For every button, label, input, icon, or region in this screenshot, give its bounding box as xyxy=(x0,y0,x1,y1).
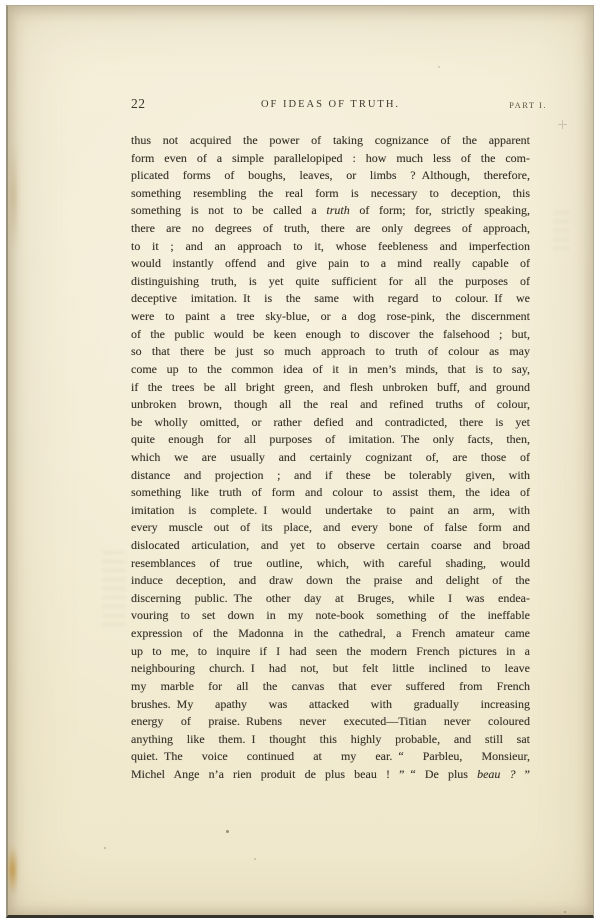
text-line: quiet. The voice continued at my ear. “ … xyxy=(131,748,530,766)
scanned-page: 22 OF IDEAS OF TRUTH. PART I. thus not a… xyxy=(6,5,594,918)
text-segment: quite enough for all purposes of imitati… xyxy=(131,432,530,446)
text-segment: dislocated articulation, and yet to obse… xyxy=(131,538,530,552)
text-segment: to it ; and an approach to it, whose fee… xyxy=(131,239,530,253)
text-segment: imitation is complete. I would undertake… xyxy=(131,503,530,517)
part-label: PART I. xyxy=(509,100,547,110)
text-line: my marble for all the canvas that ever s… xyxy=(131,678,530,696)
text-segment: something like truth of form and colour … xyxy=(131,485,530,499)
showthrough-smudge-left xyxy=(102,551,126,626)
italic-text: truth xyxy=(326,203,349,217)
text-segment: were to paint a tree sky-blue, or a dog … xyxy=(131,309,530,323)
text-segment: there are no degrees of truth, there are… xyxy=(131,221,530,235)
stain-speck xyxy=(104,847,106,849)
text-segment: discerning public. The other day at Brug… xyxy=(131,591,530,605)
text-line: every muscle out of its place, and every… xyxy=(131,519,530,537)
foxing-stain xyxy=(8,844,19,896)
text-line: to it ; and an approach to it, whose fee… xyxy=(131,238,530,256)
text-line: of the public would be keen enough to di… xyxy=(131,326,530,344)
text-segment: if the trees be all bright green, and fl… xyxy=(131,380,530,394)
text-line: there are no degrees of truth, there are… xyxy=(131,220,530,238)
stain-speck xyxy=(564,911,566,913)
text-segment: up to me, to inquire if I had seen the m… xyxy=(131,644,530,658)
text-segment: every muscle out of its place, and every… xyxy=(131,520,530,534)
text-segment: be wholly omitted, or rather defied and … xyxy=(131,415,530,429)
text-line: brushes. My apathy was attacked with gra… xyxy=(131,696,530,714)
text-line: if the trees be all bright green, and fl… xyxy=(131,379,530,397)
text-line: discerning public. The other day at Brug… xyxy=(131,590,530,608)
text-line: were to paint a tree sky-blue, or a dog … xyxy=(131,308,530,326)
text-line: resemblances of true outline, which, wit… xyxy=(131,555,530,573)
italic-text: beau ? xyxy=(477,767,515,781)
text-line: expression of the Madonna in the cathedr… xyxy=(131,625,530,643)
text-segment: form even of a simple parallelopiped : h… xyxy=(131,151,530,165)
text-line: anything like them. I thought this highl… xyxy=(131,731,530,749)
text-line: imitation is complete. I would undertake… xyxy=(131,502,530,520)
text-line: thus not acquired the power of taking co… xyxy=(131,132,530,150)
text-segment: which we are usually and certainly cogni… xyxy=(131,450,530,464)
text-line: induce deception, and draw down the prai… xyxy=(131,572,530,590)
text-line: distance and projection ; and if these b… xyxy=(131,467,530,485)
text-line: dislocated articulation, and yet to obse… xyxy=(131,537,530,555)
text-line: something is not to be called a truth of… xyxy=(131,202,530,220)
page-text: thus not acquired the power of taking co… xyxy=(131,132,530,784)
text-line: something like truth of form and colour … xyxy=(131,484,530,502)
text-segment: come up to the common idea of it in men’… xyxy=(131,362,530,376)
text-line: which we are usually and certainly cogni… xyxy=(131,449,530,467)
text-segment: anything like them. I thought this highl… xyxy=(131,732,530,746)
text-segment: of form; for, strictly speaking, xyxy=(350,203,530,217)
text-segment: brushes. My apathy was attacked with gra… xyxy=(131,697,530,711)
text-line: would instantly offend and give pain to … xyxy=(131,255,530,273)
text-line: energy of praise. Rubens never executed—… xyxy=(131,713,530,731)
text-segment: energy of praise. Rubens never executed—… xyxy=(131,714,530,728)
text-line: be wholly omitted, or rather defied and … xyxy=(131,414,530,432)
foxing-streak xyxy=(10,141,17,251)
pencil-mark xyxy=(558,120,567,129)
text-segment: would instantly offend and give pain to … xyxy=(131,256,530,270)
text-line: plicated forms of boughs, leaves, or lim… xyxy=(131,167,530,185)
text-line: deceptive imitation. It is the same with… xyxy=(131,290,530,308)
stain-speck xyxy=(226,830,229,833)
text-segment: distance and projection ; and if these b… xyxy=(131,468,530,482)
text-line: so that there be just so much approach t… xyxy=(131,343,530,361)
text-line: form even of a simple parallelopiped : h… xyxy=(131,150,530,168)
text-line: unbroken brown, though all the real and … xyxy=(131,396,530,414)
text-line: vouring to set down in my note-book some… xyxy=(131,607,530,625)
text-segment: distinguishing truth, is yet quite suffi… xyxy=(131,274,530,288)
text-segment: deceptive imitation. It is the same with… xyxy=(131,291,530,305)
text-segment: Michel Ange n’a rien produit de plus bea… xyxy=(131,767,477,781)
text-segment: thus not acquired the power of taking co… xyxy=(131,133,530,147)
showthrough-smudge-right xyxy=(553,211,569,256)
text-segment: my marble for all the canvas that ever s… xyxy=(131,679,530,693)
page-header: 22 OF IDEAS OF TRUTH. PART I. xyxy=(131,96,547,114)
text-line: come up to the common idea of it in men’… xyxy=(131,361,530,379)
text-segment: ” xyxy=(516,767,530,781)
text-segment: neighbouring church. I had not, but felt… xyxy=(131,661,530,675)
text-segment: something is not to be called a xyxy=(131,203,326,217)
text-line: distinguishing truth, is yet quite suffi… xyxy=(131,273,530,291)
text-segment: unbroken brown, though all the real and … xyxy=(131,397,530,411)
text-segment: something resembling the real form is ne… xyxy=(131,186,530,200)
text-segment: quiet. The voice continued at my ear. “ … xyxy=(131,749,530,763)
text-line: something resembling the real form is ne… xyxy=(131,185,530,203)
text-line: Michel Ange n’a rien produit de plus bea… xyxy=(131,766,530,784)
text-segment: resemblances of true outline, which, wit… xyxy=(131,556,530,570)
text-line: quite enough for all purposes of imitati… xyxy=(131,431,530,449)
text-segment: expression of the Madonna in the cathedr… xyxy=(131,626,530,640)
text-segment: vouring to set down in my note-book some… xyxy=(131,608,530,622)
text-segment: induce deception, and draw down the prai… xyxy=(131,573,530,587)
text-line: up to me, to inquire if I had seen the m… xyxy=(131,643,530,661)
text-segment: plicated forms of boughs, leaves, or lim… xyxy=(131,168,530,182)
stain-speck xyxy=(254,858,256,860)
text-line: neighbouring church. I had not, but felt… xyxy=(131,660,530,678)
text-segment: of the public would be keen enough to di… xyxy=(131,327,530,341)
running-head: OF IDEAS OF TRUTH. xyxy=(131,99,530,110)
text-segment: so that there be just so much approach t… xyxy=(131,344,530,358)
stain-speck xyxy=(438,66,440,68)
